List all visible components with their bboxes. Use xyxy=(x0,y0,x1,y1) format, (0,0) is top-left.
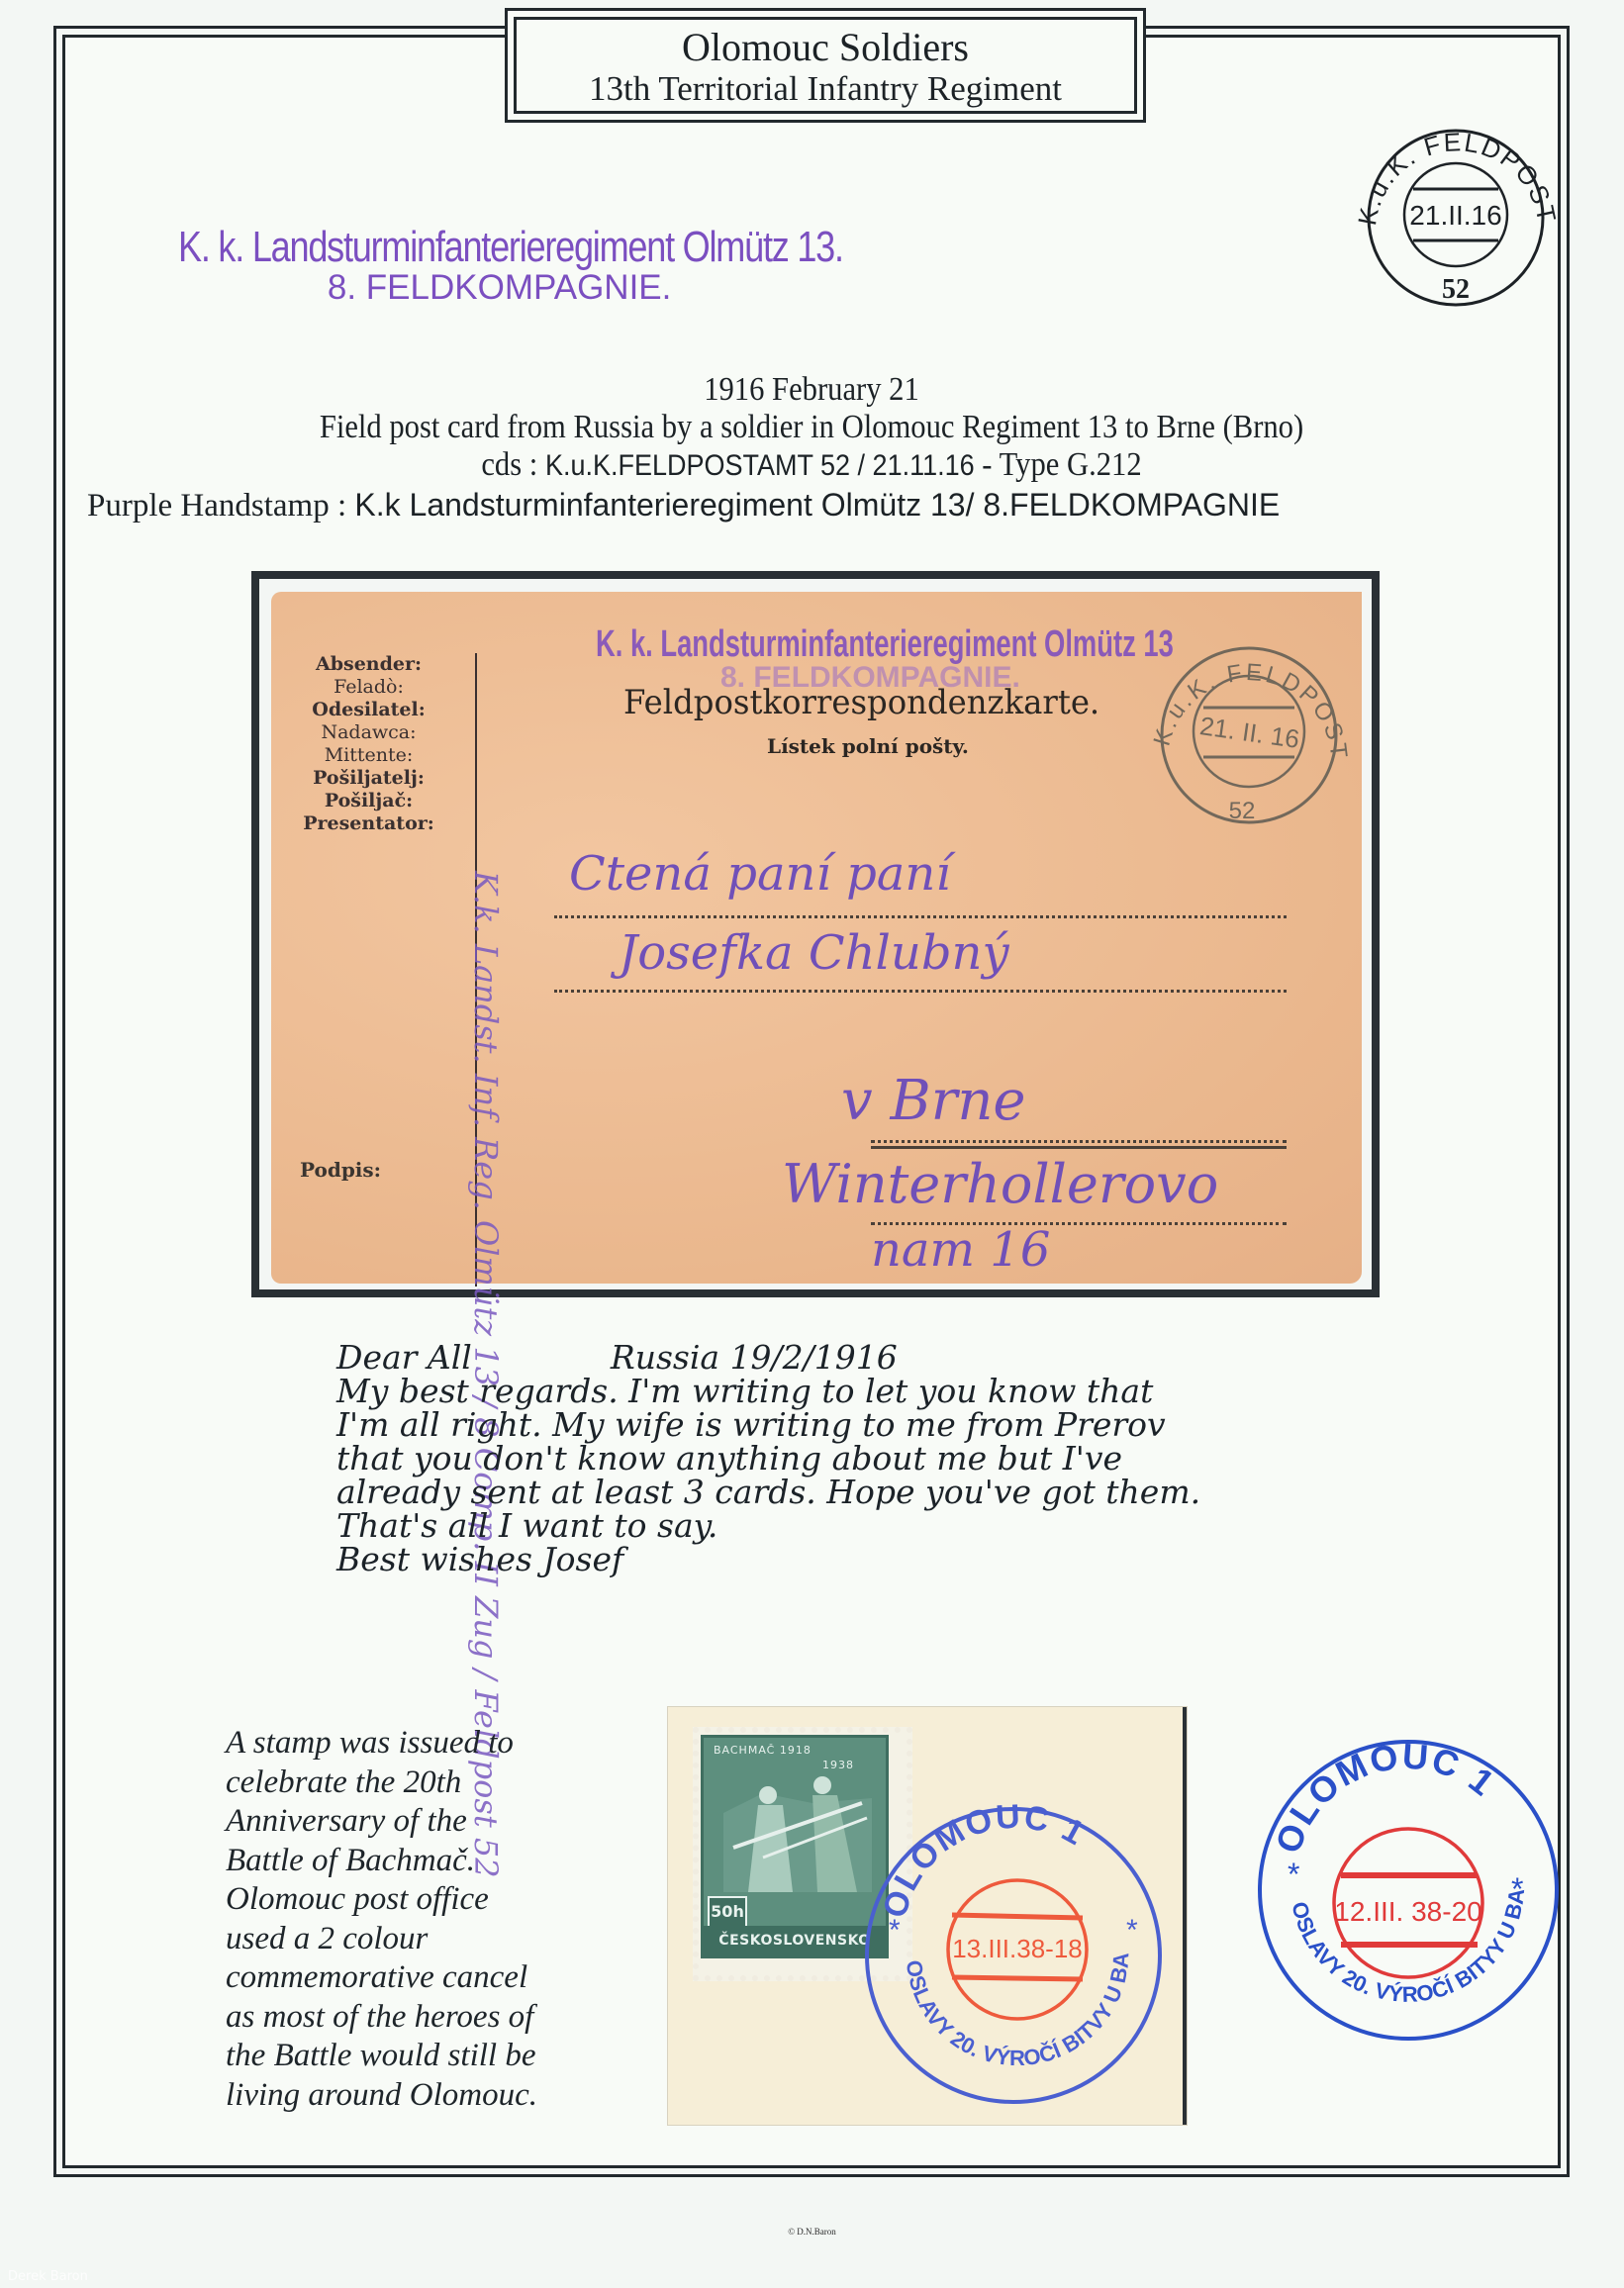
watermark: Derek Baron xyxy=(8,2269,88,2284)
svg-text:*: * xyxy=(1288,1857,1299,1892)
feldpostamt-postmark-icon: K.u.K. FELDPOSTAMT 21.II.16 52 xyxy=(1346,114,1566,312)
soldiers-illustration-icon xyxy=(723,1773,872,1892)
address-line-1 xyxy=(554,915,1287,918)
sender-labels: Absender: Feladò: Odesilatel: Nadawca: M… xyxy=(302,653,435,835)
svg-text:*: * xyxy=(1126,1914,1138,1947)
address-recipient-name: Josefka Chlubný xyxy=(619,925,1009,981)
address-number: nam 16 xyxy=(871,1222,1050,1278)
description-date: 1916 February 21 xyxy=(152,371,1471,409)
card-purple-handstamp: K. k. Landsturminfanterieregiment Olmütz… xyxy=(596,623,1174,666)
handstamp-regiment: K. k. Landsturminfanterieregiment Olmütz… xyxy=(178,223,843,272)
olomouc-reference-cancel-icon: OLOMOUC 1 OSLAVY 20. VÝROČÍ BITYY U BACH… xyxy=(1252,1737,1565,2044)
stamp-inscription: BACHMAČ 1918 xyxy=(714,1744,812,1757)
title-box: Olomouc Soldiers 13th Territorial Infant… xyxy=(514,17,1137,114)
address-underline xyxy=(871,1146,1287,1149)
address-street: Winterhollerovo xyxy=(782,1153,1218,1215)
olomouc-commemorative-cancel-icon: OLOMOUC 1 OSLAVY 20. VÝROČÍ BITVY U BACH… xyxy=(859,1801,1168,2110)
svg-text:13.III.38-18: 13.III.38-18 xyxy=(952,1934,1083,1963)
stamp-note: A stamp was issued to celebrate the 20th… xyxy=(226,1724,621,2115)
purple-handstamp: K. k. Landsturminfanterieregiment Olmütz… xyxy=(178,223,989,308)
card-title: Feldpostkorrespondenzkarte. xyxy=(623,683,1099,722)
svg-text:52: 52 xyxy=(1442,274,1470,305)
svg-text:*: * xyxy=(889,1914,901,1947)
handstamp-company: 8. FELDKOMPAGNIE. xyxy=(10,268,989,308)
card-subtitle: Lístek polní pošty. xyxy=(767,734,969,758)
description-handstamp: Purple Handstamp : K.k Landsturminfanter… xyxy=(79,485,1544,525)
svg-text:21.II.16: 21.II.16 xyxy=(1409,200,1501,231)
address-recipient-title: Ctená paní paní xyxy=(569,846,951,902)
stamp-year: 1938 xyxy=(822,1759,854,1771)
copyright: © D.N.Baron xyxy=(0,2227,1624,2237)
svg-text:21. II. 16: 21. II. 16 xyxy=(1198,711,1301,754)
sender-handwriting: K.k. Landst. Inf. Reg. Olmütz 13 / 8 Com… xyxy=(277,871,505,1267)
address-line-3 xyxy=(871,1140,1287,1143)
description-summary: Field post card from Russia by a soldier… xyxy=(152,409,1471,446)
address-line-2 xyxy=(554,990,1287,993)
translation-header: Dear AllRussia 19/2/1916 xyxy=(336,1341,1326,1375)
page-subtitle: 13th Territorial Infantry Regiment xyxy=(517,69,1134,109)
address-city: v Brne xyxy=(841,1069,1026,1133)
stamp-value: 50h xyxy=(708,1896,747,1928)
svg-text:12.III. 38-20: 12.III. 38-20 xyxy=(1334,1896,1481,1927)
description-block: 1916 February 21 Field post card from Ru… xyxy=(79,371,1544,525)
letter-translation: Dear AllRussia 19/2/1916 My best regards… xyxy=(336,1341,1326,1576)
svg-text:*: * xyxy=(1511,1871,1523,1907)
svg-text:52: 52 xyxy=(1229,798,1256,824)
description-cds: cds : K.u.K.FELDPOSTAMT 52 / 21.11.16 - … xyxy=(152,446,1471,485)
card-postmark-icon: K.u.K. FELDPOSTAMT 21. II. 16 52 xyxy=(1128,628,1366,836)
svg-text:OLOMOUC 1: OLOMOUC 1 xyxy=(876,1801,1092,1922)
page-title: Olomouc Soldiers xyxy=(517,26,1134,69)
